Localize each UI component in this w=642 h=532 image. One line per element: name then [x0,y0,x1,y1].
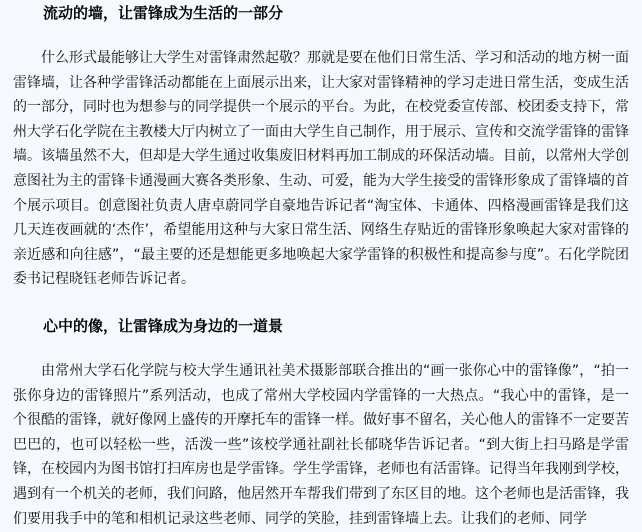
article: 流动的墙，让雷锋成为生活的一部分 什么形式最能够让大学生对雷锋肃然起敬？那就是要… [0,0,642,531]
spacer [13,292,629,314]
section-paragraph: 由常州大学石化学院与校大学生通讯社美术摄影部联合推出的“画一张你心中的雷锋像”，… [13,359,629,531]
section-heading: 流动的墙，让雷锋成为生活的一部分 [13,3,629,25]
spacer [13,338,629,359]
section-heading: 心中的像，让雷锋成为身边的一道景 [13,316,629,338]
section-paragraph: 什么形式最能够让大学生对雷锋肃然起敬？那就是要在他们日常生活、学习和活动的地方树… [13,46,629,292]
spacer [13,25,629,46]
